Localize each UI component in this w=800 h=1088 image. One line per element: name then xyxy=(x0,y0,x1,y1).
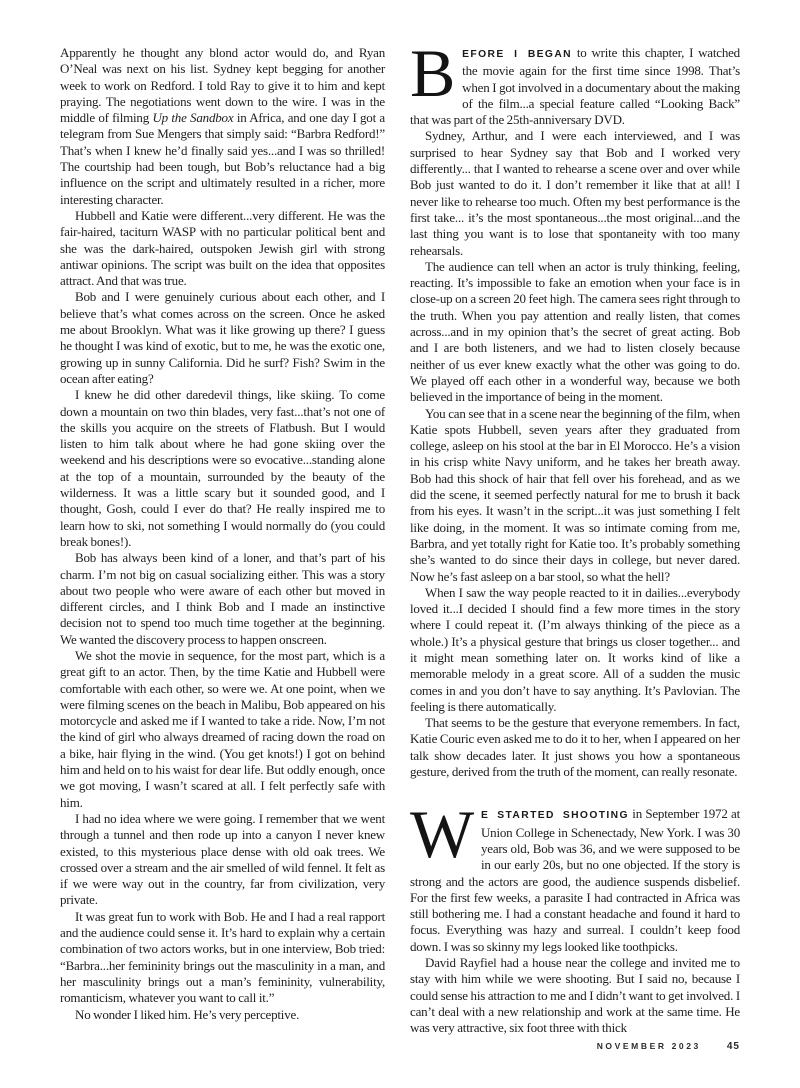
issue-date: NOVEMBER 2023 xyxy=(597,1041,701,1051)
paragraph: When I saw the way people reacted to it … xyxy=(410,585,740,715)
paragraph: WE STARTED SHOOTING in September 1972 at… xyxy=(410,806,740,955)
magazine-page: Apparently he thought any blond actor wo… xyxy=(0,0,800,1088)
left-column: Apparently he thought any blond actor wo… xyxy=(60,45,385,1037)
paragraph: BEFORE I BEGAN to write this chapter, I … xyxy=(410,45,740,128)
paragraph: David Rayfiel had a house near the colle… xyxy=(410,955,740,1036)
paragraph: No wonder I liked him. He’s very percept… xyxy=(60,1007,385,1023)
lead-in: E STARTED SHOOTING xyxy=(481,810,629,821)
page-footer: NOVEMBER 2023 45 xyxy=(60,1041,740,1052)
paragraph: That seems to be the gesture that everyo… xyxy=(410,715,740,780)
paragraph: Bob has always been kind of a loner, and… xyxy=(60,550,385,648)
film-title: Up the Sandbox xyxy=(152,110,233,125)
paragraph: Hubbell and Katie were different...very … xyxy=(60,208,385,289)
paragraph: The audience can tell when an actor is t… xyxy=(410,259,740,406)
drop-cap: B xyxy=(410,45,462,98)
paragraph: You can see that in a scene near the beg… xyxy=(410,406,740,585)
paragraph: Bob and I were genuinely curious about e… xyxy=(60,289,385,387)
paragraph: We shot the movie in sequence, for the m… xyxy=(60,648,385,811)
text-columns: Apparently he thought any blond actor wo… xyxy=(60,45,740,1037)
paragraph: It was great fun to work with Bob. He an… xyxy=(60,909,385,1007)
drop-cap: W xyxy=(410,806,481,859)
right-column: BEFORE I BEGAN to write this chapter, I … xyxy=(410,45,740,1037)
paragraph: I knew he did other daredevil things, li… xyxy=(60,387,385,550)
paragraph: Apparently he thought any blond actor wo… xyxy=(60,45,385,208)
page-number: 45 xyxy=(727,1041,740,1052)
lead-in: EFORE I BEGAN xyxy=(462,49,572,60)
paragraph: Sydney, Arthur, and I were each intervie… xyxy=(410,128,740,258)
paragraph: I had no idea where we were going. I rem… xyxy=(60,811,385,909)
